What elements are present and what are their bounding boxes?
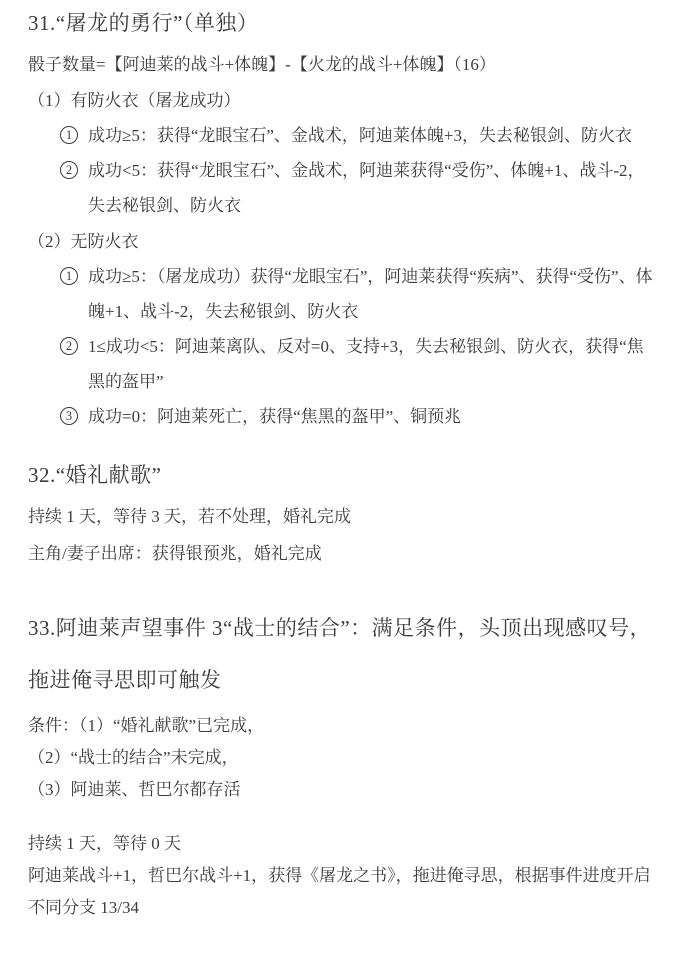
section-33-heading: 33.阿迪莱声望事件 3“战士的结合”：满足条件，头顶出现感叹号，拖进俺寻思即可…	[28, 602, 654, 706]
duration-line: 持续 1 天，等待 0 天	[28, 828, 654, 860]
list-item-text: 成功<5：获得“龙眼宝石”、金战术，阿迪莱获得“受伤”、体魄+1、战斗-2，失去…	[88, 153, 654, 223]
subsection-1-label: （1）有防火衣（屠龙成功）	[28, 84, 654, 118]
subsection-2-list: 1 成功≥5：（屠龙成功）获得“龙眼宝石”，阿迪莱获得“疾病”、获得“受伤”、体…	[28, 259, 654, 434]
section-32-body: 持续 1 天，等待 3 天，若不处理，婚礼完成 主角/妻子出席：获得银预兆，婚礼…	[28, 498, 654, 572]
dice-formula-line: 骰子数量=【阿迪莱的战斗+体魄】-【火龙的战斗+体魄】（16）	[28, 48, 654, 82]
list-item: 1 成功≥5：（屠龙成功）获得“龙眼宝石”，阿迪莱获得“疾病”、获得“受伤”、体…	[28, 259, 654, 329]
condition-line: （2）“战士的结合”未完成，	[28, 742, 654, 774]
list-item: 1 成功≥5：获得“龙眼宝石”、金战术，阿迪莱体魄+3，失去秘银剑、防火衣	[28, 118, 654, 153]
list-item-text: 成功=0：阿迪莱死亡，获得“焦黑的盔甲”、铜预兆	[88, 399, 654, 434]
subsection-2-label: （2）无防火衣	[28, 225, 654, 259]
section-31-heading: 31.“屠龙的勇行”（单独）	[28, 8, 654, 38]
section-32-heading: 32.“婚礼献歌”	[28, 460, 654, 490]
document-page: 31.“屠龙的勇行”（单独） 骰子数量=【阿迪莱的战斗+体魄】-【火龙的战斗+体…	[0, 0, 678, 960]
condition-line: 条件：（1）“婚礼献歌”已完成，	[28, 710, 654, 742]
list-item-text: 成功≥5：（屠龙成功）获得“龙眼宝石”，阿迪莱获得“疾病”、获得“受伤”、体魄+…	[88, 259, 654, 329]
section-33-conditions: 条件：（1）“婚礼献歌”已完成， （2）“战士的结合”未完成， （3）阿迪莱、哲…	[28, 710, 654, 806]
circled-number-marker: 3	[60, 407, 78, 425]
condition-line: （3）阿迪莱、哲巴尔都存活	[28, 774, 654, 806]
result-line: 阿迪莱战斗+1，哲巴尔战斗+1，获得《屠龙之书》，拖进俺寻思，根据事件进度开启不…	[28, 860, 654, 924]
list-item-text: 1≤成功<5：阿迪莱离队、反对=0、支持+3，失去秘银剑、防火衣，获得“焦黑的盔…	[88, 329, 654, 399]
list-item: 3 成功=0：阿迪莱死亡，获得“焦黑的盔甲”、铜预兆	[28, 399, 654, 434]
list-item: 2 1≤成功<5：阿迪莱离队、反对=0、支持+3，失去秘银剑、防火衣，获得“焦黑…	[28, 329, 654, 399]
list-item-text: 成功≥5：获得“龙眼宝石”、金战术，阿迪莱体魄+3，失去秘银剑、防火衣	[88, 118, 654, 153]
circled-number-marker: 2	[60, 161, 78, 179]
paragraph-line: 持续 1 天，等待 3 天，若不处理，婚礼完成	[28, 498, 654, 535]
subsection-1-list: 1 成功≥5：获得“龙眼宝石”、金战术，阿迪莱体魄+3，失去秘银剑、防火衣 2 …	[28, 118, 654, 223]
list-item: 2 成功<5：获得“龙眼宝石”、金战术，阿迪莱获得“受伤”、体魄+1、战斗-2，…	[28, 153, 654, 223]
circled-number-marker: 1	[60, 126, 78, 144]
paragraph-line: 主角/妻子出席：获得银预兆，婚礼完成	[28, 535, 654, 572]
circled-number-marker: 2	[60, 337, 78, 355]
circled-number-marker: 1	[60, 267, 78, 285]
